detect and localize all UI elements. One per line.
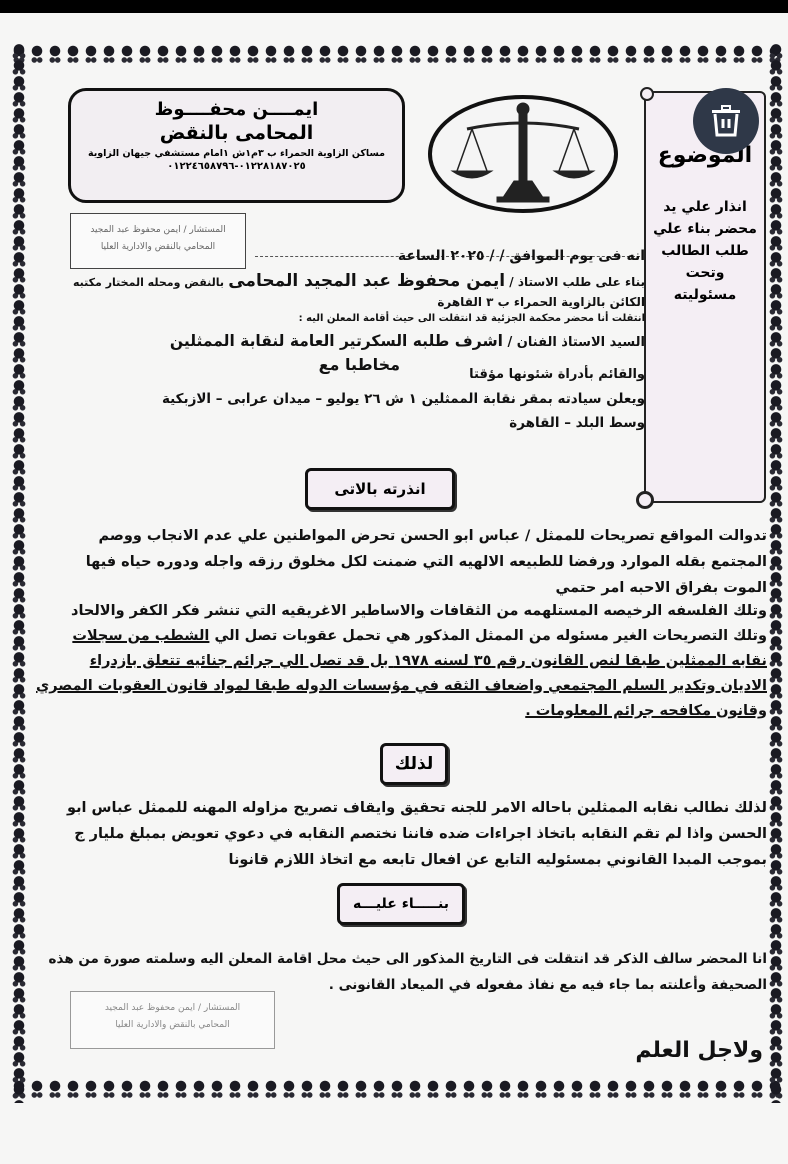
scales-of-justice-icon <box>432 99 614 209</box>
paragraph-statements: تدوالت المواقع تصريحات للممثل / عباس ابو… <box>22 523 767 601</box>
subject-scroll: الموضوع انذار علي يد محضر بناء علي طلب ا… <box>644 91 766 503</box>
address-line: الكائن بالزاوية الحمراء ب ٣ القاهرة <box>437 295 645 309</box>
status-bar <box>0 0 788 13</box>
date-line: انه فى يوم الموافق / / ٢٠٢٥ الساعة <box>398 248 645 264</box>
decorative-border-top <box>10 43 785 63</box>
stamp-line: المحامي بالنقض والادارية العليا <box>71 1017 274 1034</box>
paragraph-penalties: وتلك الفلسفه الرخيصه المستلهمه من الثقاف… <box>22 599 767 724</box>
text-line: الموت بفراق الاحبه امر حتمي <box>22 575 767 601</box>
addressee-line: السيد الاستاذ الفنان / اشرف طلبه السكرتي… <box>170 332 645 350</box>
section-therefore-title: لذلك <box>380 743 448 785</box>
trash-icon <box>711 105 741 137</box>
lawyer-address: مساكن الزاوية الحمراء ب ٣م١ش ١امام مستشف… <box>71 148 402 159</box>
lawyer-phones: ٠١٢٢٨١٨٧٠٢٥-٠١٢٢٤٦٥٨٧٩٦ <box>71 161 402 172</box>
scroll-curl-icon <box>636 491 654 509</box>
paragraph-demands: لذلك نطالب نقابه الممثلين باحاله الامر ل… <box>22 795 767 873</box>
decorative-border-right <box>767 43 785 1103</box>
stamp-line: المستشار / ايمن محفوظ عبد المجيد <box>71 1000 274 1017</box>
underlined-text: نقابه الممثلين طبقا لنص القانون رقم ٣٥ ل… <box>22 649 767 674</box>
text-line: وتلك التصريحات الغير مسئوله من الممثل ال… <box>22 624 767 649</box>
underlined-text: الشطب من سجلات <box>72 628 209 644</box>
subject-text: انذار علي يد محضر بناء علي طلب الطالب وت… <box>646 196 764 306</box>
text-line: لذلك نطالب نقابه الممثلين باحاله الامر ل… <box>22 795 767 821</box>
text-line: المجتمع بقله الموارد ورفضا للطبيعه الاله… <box>22 549 767 575</box>
notify-line: ويعلن سيادته بمقر نقابة الممثلين ١ ش ٢٦ … <box>162 391 645 407</box>
lawyer-stamp-bottom: المستشار / ايمن محفوظ عبد المجيد المحامي… <box>70 991 275 1049</box>
underlined-text: الاديان وتكدير السلم المجتمعي واضعاف الث… <box>22 674 767 699</box>
document-viewer: ايمــــن محفــــوظ المحامى بالنقض مساكن … <box>0 13 788 1164</box>
requester-prefix: بناء على طلب الاستاذ / <box>509 275 645 289</box>
scales-of-justice-seal <box>428 95 618 213</box>
lawyer-name: ايمــــن محفــــوظ <box>71 99 402 120</box>
stamp-line: المستشار / ايمن محفوظ عبد المجيد <box>71 222 245 239</box>
text-line: بموجب المبدا القانوني بمسئوليه التابع عن… <box>22 847 767 873</box>
requester-line: بناء على طلب الاستاذ / ايمن محفوظ عبد ال… <box>73 271 645 291</box>
moved-line: انتقلت أنا محضر محكمة الجزئية قد انتقلت … <box>299 313 645 324</box>
text-line: الحسن واذا لم تقم النقابه باتخاذ اجراءات… <box>22 821 767 847</box>
addressee-prefix: السيد الاستاذ الفنان / <box>508 335 645 350</box>
scroll-curl-icon <box>640 87 654 101</box>
role-line: والقائم بأدراة شئونها مؤقتا مخاطبا مع <box>319 363 645 382</box>
lawyer-stamp: المستشار / ايمن محفوظ عبد المجيد المحامي… <box>70 213 246 269</box>
addressee-name: اشرف طلبه السكرتير العامة لنقابة الممثلي… <box>170 332 503 350</box>
text-line: انا المحضر سالف الذكر قد انتقلت فى التار… <box>22 946 767 972</box>
legal-notice-document: ايمــــن محفــــوظ المحامى بالنقض مساكن … <box>10 43 785 1103</box>
text-span: وتلك التصريحات الغير مسئوله من الممثل ال… <box>209 628 767 644</box>
delete-button[interactable] <box>693 88 759 154</box>
decorative-border-bottom <box>10 1078 785 1098</box>
requester-suffix: بالنقض ومحله المختار مكتبه <box>73 276 224 289</box>
text-line: تدوالت المواقع تصريحات للممثل / عباس ابو… <box>22 523 767 549</box>
requester-name: ايمن محفوظ عبد المجيد المحامى <box>228 271 505 291</box>
notify-line-2: وسط البلد – القاهرة <box>509 415 645 431</box>
text-line: وتلك الفلسفه الرخيصه المستلهمه من الثقاف… <box>22 599 767 624</box>
section-accordingly-title: بنـــــاء عليـــه <box>337 883 465 925</box>
closing-text: ولاجل العلم <box>635 1038 763 1063</box>
section-warning-title: انذرته بالاتى <box>305 468 455 510</box>
lawyer-title: المحامى بالنقض <box>71 122 402 144</box>
speaking-with: مخاطبا مع <box>319 355 400 374</box>
stamp-line: المحامي بالنقض والادارية العليا <box>71 239 245 256</box>
underlined-text: وقانون مكافحه جرائم المعلومات . <box>22 699 767 724</box>
lawyer-header-box: ايمــــن محفــــوظ المحامى بالنقض مساكن … <box>68 88 405 203</box>
role-text: والقائم بأدراة شئونها مؤقتا <box>469 367 645 382</box>
